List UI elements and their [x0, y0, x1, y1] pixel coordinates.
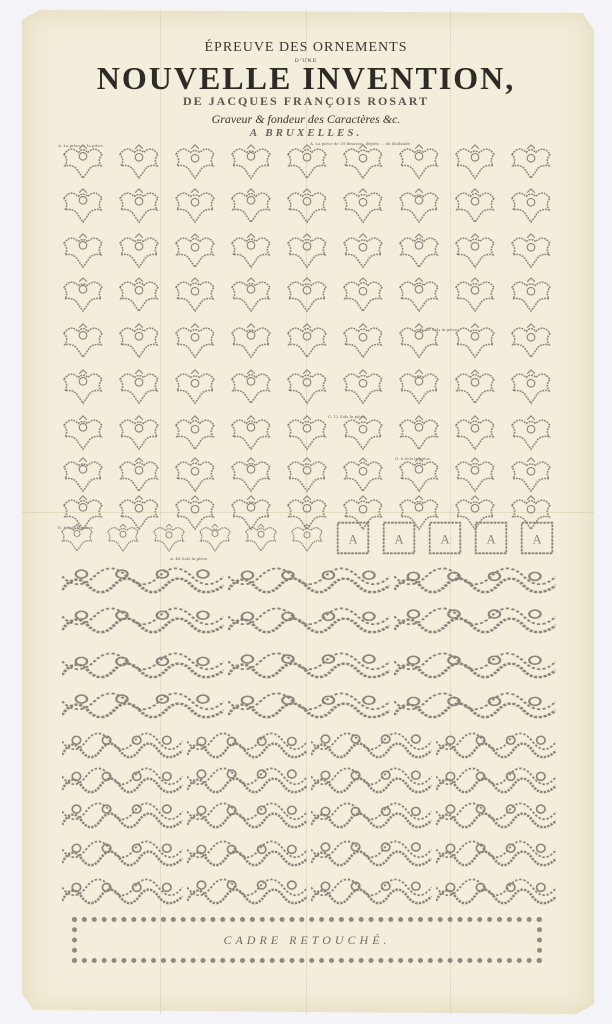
ornament-row [58, 322, 556, 360]
ornament-icon [226, 187, 276, 225]
ornament-icon [338, 232, 388, 270]
ornament-icon [196, 520, 234, 556]
ornament-icon [450, 232, 500, 270]
border-ornament-icon [436, 765, 557, 799]
border-ornament-icon [187, 765, 308, 799]
ornament-icon [394, 276, 444, 314]
ornament-icon [282, 187, 332, 225]
ornament-row [58, 143, 556, 181]
ornament-icon [170, 143, 220, 181]
border-ornament-icon [62, 800, 183, 834]
ornament-icon [226, 414, 276, 452]
letter-a-block-icon: A [472, 520, 510, 556]
ornament-icon [394, 322, 444, 360]
ornament-icon [58, 143, 108, 181]
ornament-icon [282, 456, 332, 494]
ornament-icon [282, 322, 332, 360]
ornament-icon [338, 414, 388, 452]
ornament-icon [506, 368, 556, 406]
ornament-icon [226, 143, 276, 181]
border-band-row [62, 765, 556, 799]
border-ornament-icon [394, 650, 556, 684]
page-title: NOUVELLE INVENTION, [0, 60, 612, 97]
ornament-icon [58, 414, 108, 452]
ornament-icon [114, 276, 164, 314]
ornament-icon [450, 368, 500, 406]
ornament-icon [282, 143, 332, 181]
border-ornament-icon [436, 876, 557, 910]
author: DE JACQUES FRANÇOIS ROSART [0, 94, 612, 109]
border-ornament-icon [311, 838, 432, 872]
border-band-row [62, 650, 556, 684]
price-note: A. 48 Sols la pièce. [170, 556, 209, 561]
ornament-icon [114, 322, 164, 360]
ornament-icon [506, 187, 556, 225]
ornament-icon [338, 456, 388, 494]
ornament-icon [114, 456, 164, 494]
ornament-icon [170, 276, 220, 314]
letter-a-block-icon: A [334, 520, 372, 556]
ornament-icon [288, 520, 326, 556]
border-ornament-icon [62, 565, 224, 599]
ornament-icon [170, 322, 220, 360]
svg-text:A: A [486, 532, 495, 546]
border-ornament-icon [394, 690, 556, 724]
ornament-row: AAAAA [58, 520, 556, 556]
border-ornament-icon [228, 605, 390, 639]
border-ornament-icon [311, 800, 432, 834]
ornament-icon [450, 187, 500, 225]
ornament-icon [282, 368, 332, 406]
ornament-icon [394, 187, 444, 225]
border-ornament-icon [436, 730, 557, 764]
border-ornament-icon [187, 800, 308, 834]
ornament-row [58, 414, 556, 452]
ornament-icon [170, 456, 220, 494]
border-band-row [62, 730, 556, 764]
ornament-icon [58, 456, 108, 494]
border-ornament-icon [394, 565, 556, 599]
ornament-icon [450, 456, 500, 494]
border-band-row [62, 565, 556, 599]
border-ornament-icon [62, 730, 183, 764]
ornament-icon [394, 232, 444, 270]
ornament-icon [338, 187, 388, 225]
border-band-row [62, 838, 556, 872]
ornament-icon [242, 520, 280, 556]
title-line1: ÉPREUVE DES ORNEMENTS [0, 40, 612, 56]
ornament-row [58, 232, 556, 270]
border-band-row [62, 876, 556, 910]
border-ornament-icon [311, 765, 432, 799]
ornament-icon [450, 322, 500, 360]
ornament-icon [282, 232, 332, 270]
ornament-row [58, 456, 556, 494]
border-ornament-icon [436, 838, 557, 872]
ornament-icon [338, 143, 388, 181]
svg-text:A: A [394, 532, 403, 546]
border-ornament-icon [62, 605, 224, 639]
border-ornament-icon [228, 565, 390, 599]
ornament-icon [338, 322, 388, 360]
ornament-icon [150, 520, 188, 556]
ornament-icon [394, 143, 444, 181]
ornament-icon [58, 276, 108, 314]
border-ornament-icon [62, 650, 224, 684]
border-ornament-icon [187, 838, 308, 872]
ornament-icon [170, 368, 220, 406]
ornament-icon [58, 232, 108, 270]
ornament-icon [226, 368, 276, 406]
border-ornament-icon [62, 838, 183, 872]
ornament-icon [506, 456, 556, 494]
ornament-icon [506, 232, 556, 270]
border-band-row [62, 800, 556, 834]
letter-a-block-icon: A [380, 520, 418, 556]
border-band-row [62, 605, 556, 639]
border-ornament-icon [187, 730, 308, 764]
ornament-icon [58, 520, 96, 556]
border-ornament-icon [62, 876, 183, 910]
ornament-icon [114, 143, 164, 181]
ornament-icon [506, 143, 556, 181]
ornament-icon [170, 414, 220, 452]
letter-a-block-icon: A [426, 520, 464, 556]
border-ornament-icon [436, 800, 557, 834]
border-ornament-icon [62, 690, 224, 724]
ornament-icon [450, 414, 500, 452]
ornament-icon [338, 276, 388, 314]
place: A BRUXELLES. [0, 127, 612, 139]
svg-text:A: A [348, 532, 357, 546]
ornament-icon [226, 232, 276, 270]
ornament-icon [282, 276, 332, 314]
ornament-icon [394, 368, 444, 406]
ornament-icon [114, 187, 164, 225]
ornament-icon [338, 368, 388, 406]
ornament-icon [114, 368, 164, 406]
ornament-row [58, 187, 556, 225]
ornament-icon [506, 414, 556, 452]
frame-label: CADRE RETOUCHÉ. [223, 933, 390, 948]
svg-text:A: A [532, 532, 541, 546]
ornament-row [58, 276, 556, 314]
ornament-icon [506, 322, 556, 360]
border-ornament-icon [311, 730, 432, 764]
border-ornament-icon [311, 876, 432, 910]
subtitle: Graveur & fondeur des Caractères &c. [0, 112, 612, 127]
letter-a-block-icon: A [518, 520, 556, 556]
ornament-icon [394, 456, 444, 494]
ornament-icon [506, 276, 556, 314]
ornament-icon [170, 187, 220, 225]
ornament-icon [58, 368, 108, 406]
border-ornament-icon [187, 876, 308, 910]
border-ornament-icon [62, 765, 183, 799]
ornament-icon [58, 187, 108, 225]
ornament-icon [282, 414, 332, 452]
svg-text:A: A [440, 532, 449, 546]
border-ornament-icon [394, 605, 556, 639]
ornament-row [58, 368, 556, 406]
ornament-icon [226, 322, 276, 360]
border-ornament-icon [228, 650, 390, 684]
border-ornament-icon [228, 690, 390, 724]
border-band-row [62, 690, 556, 724]
ornament-icon [114, 414, 164, 452]
ornament-icon [114, 232, 164, 270]
ornament-icon [394, 414, 444, 452]
ornament-icon [226, 276, 276, 314]
ornament-icon [226, 456, 276, 494]
ornament-icon [104, 520, 142, 556]
cadre-frame: CADRE RETOUCHÉ. [72, 917, 542, 963]
ornament-icon [450, 276, 500, 314]
ornament-icon [450, 143, 500, 181]
ornament-icon [170, 232, 220, 270]
ornament-icon [58, 322, 108, 360]
